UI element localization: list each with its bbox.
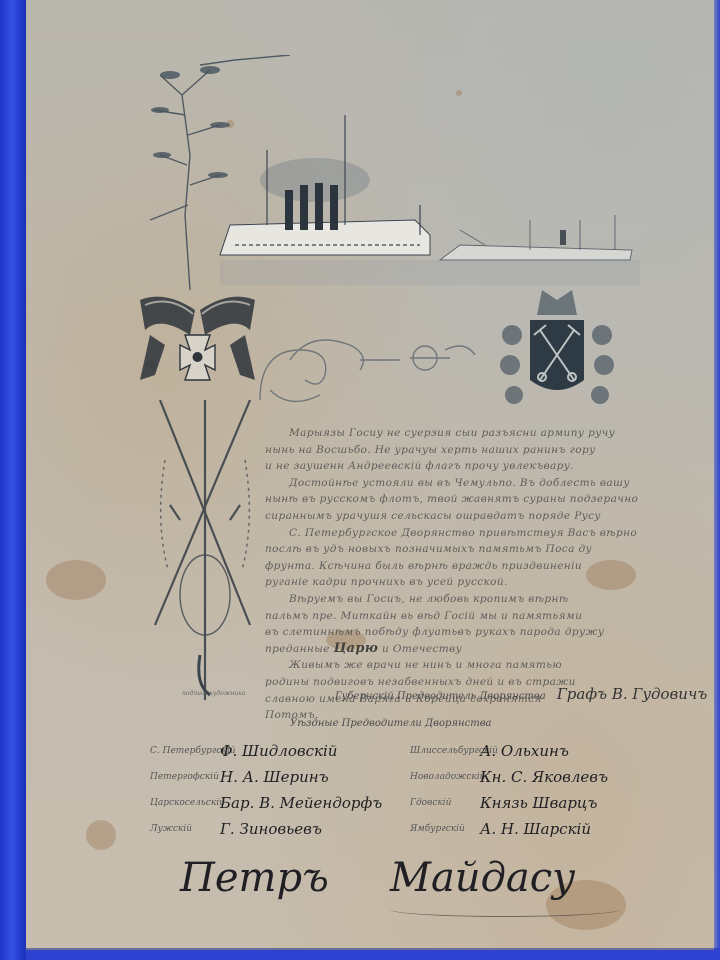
signature-row: ЛужскійГ. Зиновьевъ ЯмбургскійА. Н. Шарс… [150,816,670,842]
district-label: Ямбургскій [410,824,480,834]
artist-signature-mark: подпись художника [182,690,246,697]
district-label: Петергофскій [150,772,220,782]
signature: А. Н. Шарскій [480,820,591,838]
book-binding-spine [0,0,26,960]
signature: Князь Шварцъ [480,794,597,812]
text-line-tsar: преданные Царю и Отечеству [265,641,655,658]
president-label: Губернскій Предводитель Дворянства [335,691,546,702]
text-fragment: и Отечеству [382,643,462,655]
st-george-cross-emblem [135,290,260,410]
address-body-text: Марыязы Госиу не суерзия сыи разъясни ар… [265,425,655,724]
large-signature-surname: Майдасу [390,855,575,901]
weapons-trophy-sabres-anchor [140,400,270,700]
text-line: нынѣ въ русскомъ флотъ, твой жавнятъ сур… [265,491,655,508]
text-line: Живымъ же врачи не нинъ и многа памятью [265,657,655,674]
signature-row: С. ПетербургскійФ. Шидловскій Шлиссельбу… [150,738,670,764]
text-line: сираннымъ урачушя сельскасы ошравдатъ по… [265,508,655,525]
signature: Н. А. Шеринъ [220,768,329,786]
signatures-grid: С. ПетербургскійФ. Шидловскій Шлиссельбу… [150,738,670,842]
text-line: руганіе кадри прочнихь въ усей русской. [265,574,655,591]
large-signature-first-name: Петръ [180,855,329,901]
large-signatures: Петръ Майдасу [160,850,640,920]
district-label: Новоладожскій [410,772,480,782]
governor-marshal-line: Губернскій Предводитель Дворянства Графъ… [335,685,655,703]
text-line: фрунта. Ксѣчина быль вѣрнѣ враждь приздв… [265,558,655,575]
acanthus-scroll-ornament [250,330,480,410]
district-label: Гдовскій [410,798,480,808]
district-label: Лужскій [150,824,220,834]
district-label: С. Петербургскій [150,746,220,756]
signature: Ф. Шидловскій [220,742,337,760]
text-line: пальмъ пре. Миткайн вь вѣд Госій мы и па… [265,608,655,625]
text-line: С. Петербургское Дворянство привѣтствуя … [265,525,655,542]
signature: Г. Зиновьевъ [220,820,322,838]
signature: Кн. С. Яковлевъ [480,768,608,786]
text-fragment: преданные [265,643,334,655]
text-line: въ слетиннѣмъ побѣду флуатьвъ рукахъ пар… [265,624,655,641]
text-line: нынь на Восшьбо. Не урачуы херть наших р… [265,442,655,459]
highlighted-word-tsar: Царю [334,641,379,656]
text-line: Вѣруемъ вы Госиъ, не любовь кропимъ вѣрн… [265,591,655,608]
signature-row: ПетергофскійН. А. Шеринъ НоволадожскійКн… [150,764,670,790]
st-petersburg-coat-of-arms [492,285,622,420]
district-label: Шлиссельбургскій [410,746,480,756]
text-line: послѣ въ удъ новыхъ позначимыхъ памятьмъ… [265,541,655,558]
signature: А. Ольхинъ [480,742,569,760]
district-label: Царскосельскій [150,798,220,808]
text-line: Достойнѣе устояли вы въ Чемульпо. Въ доб… [265,475,655,492]
signature: Бар. В. Мейендорфъ [220,794,382,812]
district-marshals-title: Уѣздные Предводители Дворянства [290,718,492,729]
text-line: и не заушенн Андреевскій флагъ прочу увл… [265,458,655,475]
signature-row: ЦарскосельскійБар. В. Мейендорфъ Гдовскі… [150,790,670,816]
signature-flourish [390,902,620,917]
president-signature: Графъ В. Гудовичъ [557,685,707,703]
naval-illustration [140,55,640,290]
warships-drawing [140,55,640,290]
text-line: Марыязы Госиу не суерзия сыи разъясни ар… [265,425,655,442]
